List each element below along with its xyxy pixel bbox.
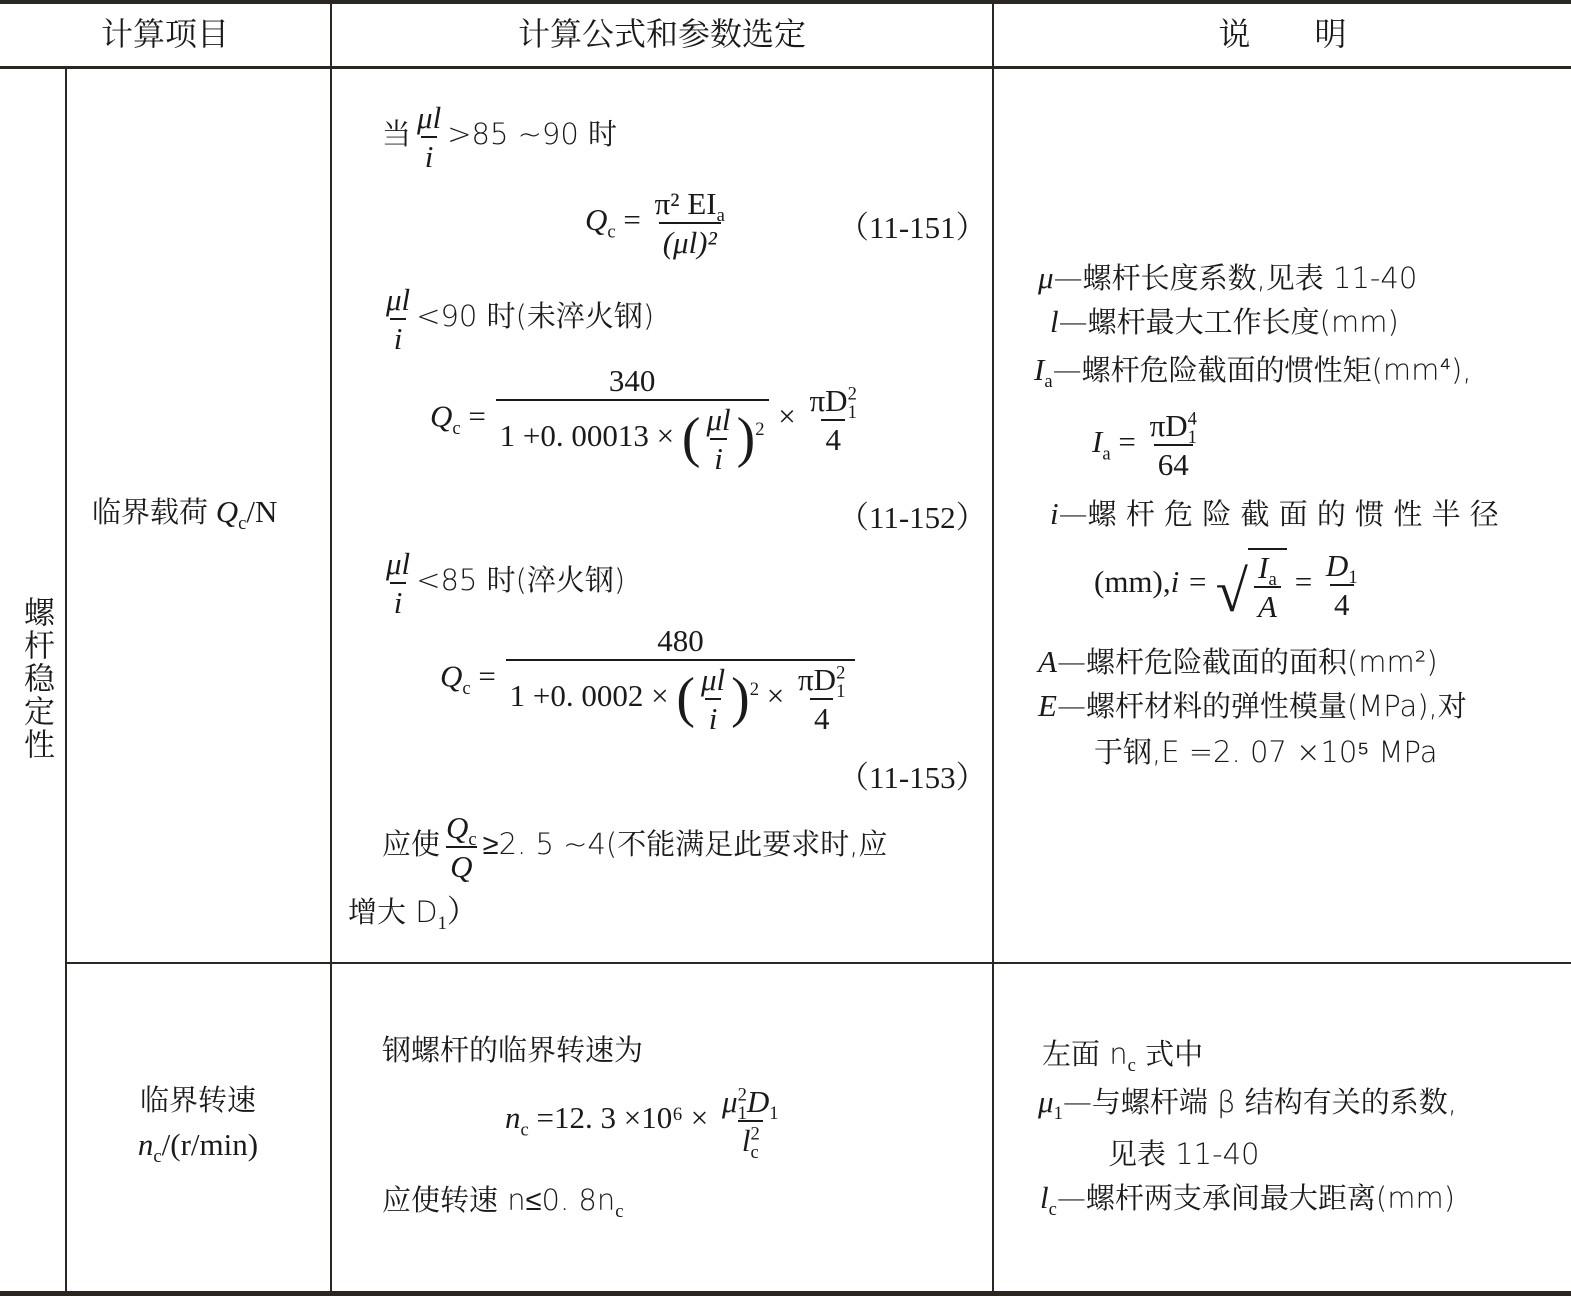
- formula-11-152: Qc = 340 1 +0. 00013 × (μli)2 × πD214: [430, 365, 863, 474]
- i-eq: i =: [1171, 564, 1208, 599]
- num: μ: [722, 1084, 738, 1119]
- speed-requirement: 应使转速 n≤0. 8nc: [382, 1184, 624, 1215]
- fraction: 340 1 +0. 00013 × (μli)2: [496, 365, 769, 474]
- note-i-line2: (mm),i = √IaA = D14: [1094, 548, 1364, 622]
- note-text: —螺杆危险截面的惯性矩(mm⁴),: [1053, 353, 1472, 387]
- item-symbol: Q: [216, 494, 238, 529]
- area-den: 4: [821, 419, 845, 455]
- note-lc: lc—螺杆两支承间最大距离(mm): [1040, 1182, 1455, 1213]
- lhs-sub: c: [607, 221, 615, 242]
- ia-num: πD: [1150, 408, 1188, 443]
- note-text-end: 式中: [1136, 1037, 1203, 1071]
- intro-text: 钢螺杆的临界转速为: [382, 1033, 643, 1067]
- note-e-line2: 于钢,E =2. 07 ×10⁵ MPa: [1094, 736, 1437, 767]
- condition-2: μli<90 时(未淬火钢): [380, 284, 654, 354]
- req-line2: 增大 D: [348, 895, 438, 929]
- note-text: 左面 n: [1042, 1037, 1128, 1071]
- note-text: —与螺杆端 β 结构有关的系数,: [1063, 1085, 1457, 1119]
- frac-den: i: [390, 582, 407, 618]
- i-prefix: (mm),: [1094, 564, 1171, 599]
- fraction-mul-over-i: μli: [413, 102, 445, 172]
- col-divider-1: [330, 0, 332, 1296]
- lhs: Q: [585, 202, 607, 237]
- formula-11-151: Qc = π² EIa(μl)²: [585, 188, 731, 258]
- denominator: (μl)²: [659, 222, 721, 258]
- fraction: π² EIa(μl)²: [651, 188, 729, 258]
- formula-critical-speed: nc =12. 3 ×10⁶ × μ21D1l2c: [505, 1086, 785, 1156]
- table-bottom-border: [0, 1291, 1571, 1296]
- denominator: 1 +0. 0002 × (μli)2 × πD214: [506, 659, 856, 734]
- req-line2-sub: 1: [438, 913, 447, 934]
- frac-num: μl: [702, 404, 734, 438]
- frac-den: i: [421, 136, 438, 172]
- area-num: πD: [810, 383, 848, 418]
- note-nc-intro: 左面 nc 式中: [1042, 1038, 1203, 1069]
- fraction: μ21D1l2c: [718, 1086, 783, 1156]
- numerator: π² EI: [655, 186, 717, 221]
- num-rest: D: [747, 1084, 769, 1119]
- rhs-den: 4: [1330, 584, 1354, 620]
- numerator: 480: [653, 625, 708, 659]
- equation-number-153: （11-153）: [838, 762, 987, 793]
- note-mu1-cont: 见表 11-40: [1108, 1138, 1260, 1169]
- frac-num: μl: [382, 548, 414, 582]
- cond-suffix: <85 时(淬火钢): [416, 563, 625, 597]
- note-text: —螺杆两支承间最大距离(mm): [1057, 1181, 1455, 1215]
- denominator: 1 +0. 00013 × (μli)2: [496, 399, 769, 474]
- sqrt-num: I: [1258, 550, 1268, 585]
- table-top-border: [0, 0, 1571, 4]
- ia-den: 64: [1154, 444, 1193, 480]
- cond-suffix: >85 ~90 时: [447, 117, 617, 151]
- frac-den: i: [390, 318, 407, 354]
- note-text: —螺杆危险截面的面积(mm²): [1057, 645, 1438, 679]
- rhs-num: D: [1326, 548, 1348, 583]
- speed-intro: 钢螺杆的临界转速为: [382, 1034, 643, 1065]
- note-text: —螺杆最大工作长度(mm): [1059, 305, 1399, 339]
- item-label: 临界转速: [66, 1086, 330, 1115]
- mid: =12. 3 ×10⁶ ×: [537, 1100, 709, 1135]
- item-symbol-sub: c: [153, 1146, 161, 1167]
- item-unit: /(r/min): [162, 1127, 258, 1162]
- sqrt-den: A: [1254, 586, 1281, 622]
- note-i-line1: i—螺 杆 危 险 截 面 的 惯 性 半 径: [1050, 498, 1499, 529]
- item-critical-speed: 临界转速 nc/(r/min): [66, 1086, 330, 1160]
- condition-3: μli<85 时(淬火钢): [380, 548, 625, 618]
- note-text: —螺杆长度系数,见表 11-40: [1054, 261, 1418, 295]
- item-critical-load: 临界载荷 Qc/N: [92, 496, 277, 527]
- equation-number-151: （11-151）: [838, 212, 987, 243]
- req-suffix: ≥2. 5 ~4(不能满足此要求时,应: [483, 827, 888, 861]
- note-text: —螺 杆 危 险 截 面 的 惯 性 半 径: [1059, 497, 1499, 531]
- lhs: n: [505, 1100, 521, 1135]
- numerator: 340: [605, 365, 660, 399]
- note-e-line1: E—螺杆材料的弹性模量(MPa),对: [1038, 690, 1467, 721]
- lhs-sub: c: [521, 1119, 529, 1140]
- fraction-area: πD214: [806, 385, 861, 455]
- den-prefix: 1 +0. 00013 ×: [500, 418, 674, 453]
- frac-den: i: [710, 438, 727, 474]
- col-divider-2: [992, 0, 994, 1296]
- item-symbol: n: [138, 1127, 154, 1162]
- req-text: 应使转速 n≤0. 8n: [382, 1183, 615, 1217]
- row-divider: [66, 962, 1571, 964]
- fraction: 480 1 +0. 0002 × (μli)2 × πD214: [506, 625, 856, 734]
- cond-prefix: 当: [382, 117, 411, 151]
- req-prefix: 应使: [382, 827, 440, 861]
- condition-1: 当μli>85 ~90 时: [382, 102, 617, 172]
- area-num: πD: [798, 662, 836, 697]
- den-prefix: 1 +0. 0002 ×: [510, 678, 669, 713]
- fraction-qc-over-q: QcQ: [442, 812, 481, 882]
- header-bottom-border: [0, 66, 1571, 69]
- note-text: —螺杆材料的弹性模量(MPa),对: [1057, 689, 1467, 723]
- frac-den: i: [705, 698, 722, 734]
- equation-number-152: （11-152）: [838, 502, 987, 533]
- group-label-screw-stability: 螺杆稳定性: [14, 596, 59, 761]
- note-a: A—螺杆危险截面的面积(mm²): [1038, 646, 1438, 677]
- note-l: l—螺杆最大工作长度(mm): [1050, 306, 1399, 337]
- cond-suffix: <90 时(未淬火钢): [416, 299, 654, 333]
- note-mu: μ—螺杆长度系数,见表 11-40: [1038, 262, 1417, 293]
- req-line2-end: ）: [447, 894, 478, 929]
- requirement-line-2: 增大 D1）: [348, 896, 478, 927]
- item-label: 临界载荷: [92, 495, 208, 529]
- fraction-mul-over-i: μli: [382, 548, 414, 618]
- area-den: 4: [810, 698, 834, 734]
- note-text: 于钢,E =2. 07 ×10⁵ MPa: [1094, 735, 1437, 769]
- note-ia: Ia—螺杆危险截面的惯性矩(mm⁴),: [1034, 354, 1472, 385]
- note-ia-formula: Ia = πD4164: [1092, 410, 1203, 480]
- header-formula: 计算公式和参数选定: [332, 18, 992, 50]
- sqrt-ia-over-a: √IaA: [1216, 548, 1287, 622]
- item-unit: /N: [246, 494, 277, 529]
- requirement-line-1: 应使QcQ≥2. 5 ~4(不能满足此要求时,应: [382, 812, 887, 882]
- frac-num: μl: [382, 284, 414, 318]
- note-text: 见表 11-40: [1108, 1137, 1260, 1171]
- header-calc-item: 计算项目: [0, 18, 330, 50]
- fraction-mul-over-i: μli: [382, 284, 414, 354]
- header-notes: 说 明: [994, 18, 1571, 50]
- note-mu1: μ1—与螺杆端 β 结构有关的系数,: [1038, 1086, 1457, 1117]
- frac-num: μl: [413, 102, 445, 136]
- frac-num: μl: [697, 664, 729, 698]
- formula-11-153: Qc = 480 1 +0. 0002 × (μli)2 × πD214: [440, 625, 857, 734]
